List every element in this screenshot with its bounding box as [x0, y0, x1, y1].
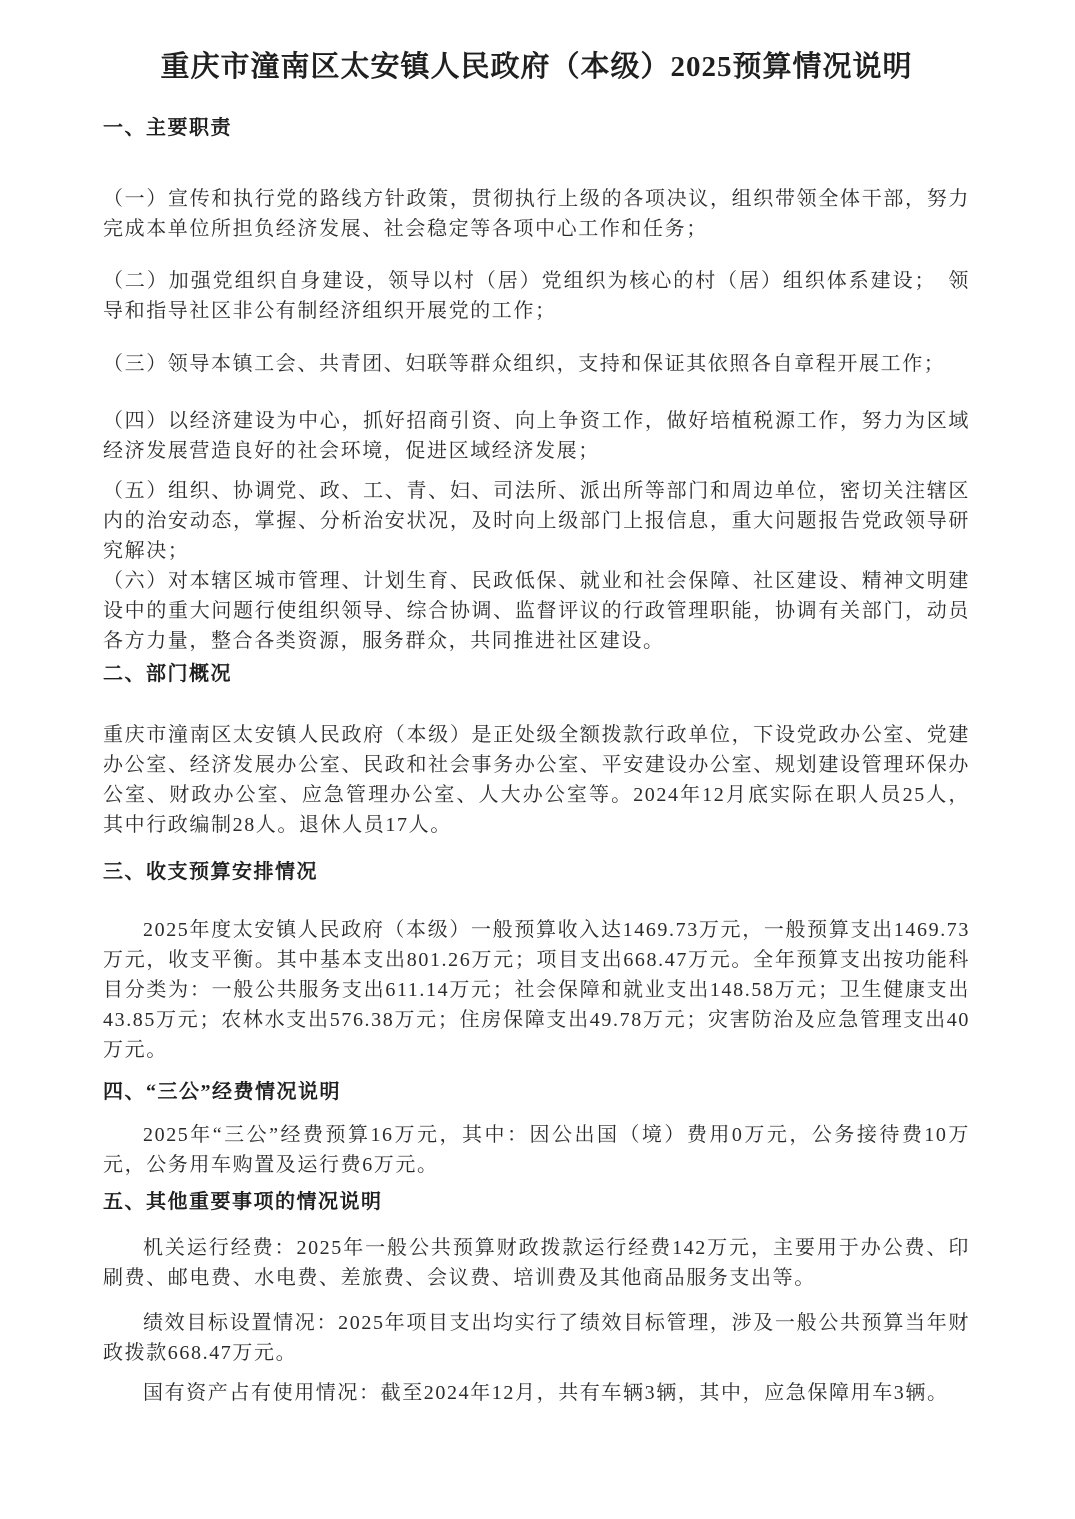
paragraph-three-public-detail: 2025年“三公”经费预算16万元，其中：因公出国（境）费用0万元，公务接待费1… [103, 1120, 970, 1180]
paragraph-duty-6: （六）对本辖区城市管理、计划生育、民政低保、就业和社会保障、社区建设、精神文明建… [103, 566, 970, 656]
paragraph-duty-5: （五）组织、协调党、政、工、青、妇、司法所、派出所等部门和周边单位，密切关注辖区… [103, 476, 970, 566]
paragraph-department-overview: 重庆市潼南区太安镇人民政府（本级）是正处级全额拨款行政单位，下设党政办公室、党建… [103, 720, 970, 840]
paragraph-duty-2: （二）加强党组织自身建设，领导以村（居）党组织为核心的村（居）组织体系建设； 领… [103, 266, 970, 326]
document-title-text: 重庆市潼南区太安镇人民政府（本级）2025预算情况说明 [160, 51, 912, 83]
paragraph-operating-funds: 机关运行经费：2025年一般公共预算财政拨款运行经费142万元，主要用于办公费、… [103, 1233, 970, 1293]
heading-main-duties: 一、主要职责 [103, 114, 970, 142]
document-page: 重庆市潼南区太安镇人民政府（本级）2025预算情况说明 一、主要职责 （一）宣传… [0, 0, 1075, 1519]
paragraph-state-assets: 国有资产占有使用情况：截至2024年12月，共有车辆3辆，其中，应急保障用车3辆… [103, 1378, 970, 1408]
paragraph-duty-3: （三）领导本镇工会、共青团、妇联等群众组织，支持和保证其依照各自章程开展工作； [103, 349, 970, 379]
heading-department-overview: 二、部门概况 [103, 660, 970, 688]
paragraph-duty-1: （一）宣传和执行党的路线方针政策，贯彻执行上级的各项决议，组织带领全体干部，努力… [103, 184, 970, 244]
heading-three-public-funds: 四、“三公”经费情况说明 [103, 1078, 970, 1106]
paragraph-budget-detail: 2025年度太安镇人民政府（本级）一般预算收入达1469.73万元，一般预算支出… [103, 915, 970, 1065]
document-title: 重庆市潼南区太安镇人民政府（本级）2025预算情况说明 [103, 47, 970, 87]
paragraph-duty-4: （四）以经济建设为中心，抓好招商引资、向上争资工作，做好培植税源工作，努力为区域… [103, 406, 970, 466]
heading-other-important-matters: 五、其他重要事项的情况说明 [103, 1188, 970, 1216]
paragraph-performance-targets: 绩效目标设置情况：2025年项目支出均实行了绩效目标管理，涉及一般公共预算当年财… [103, 1308, 970, 1368]
heading-budget-arrangement: 三、收支预算安排情况 [103, 858, 970, 886]
